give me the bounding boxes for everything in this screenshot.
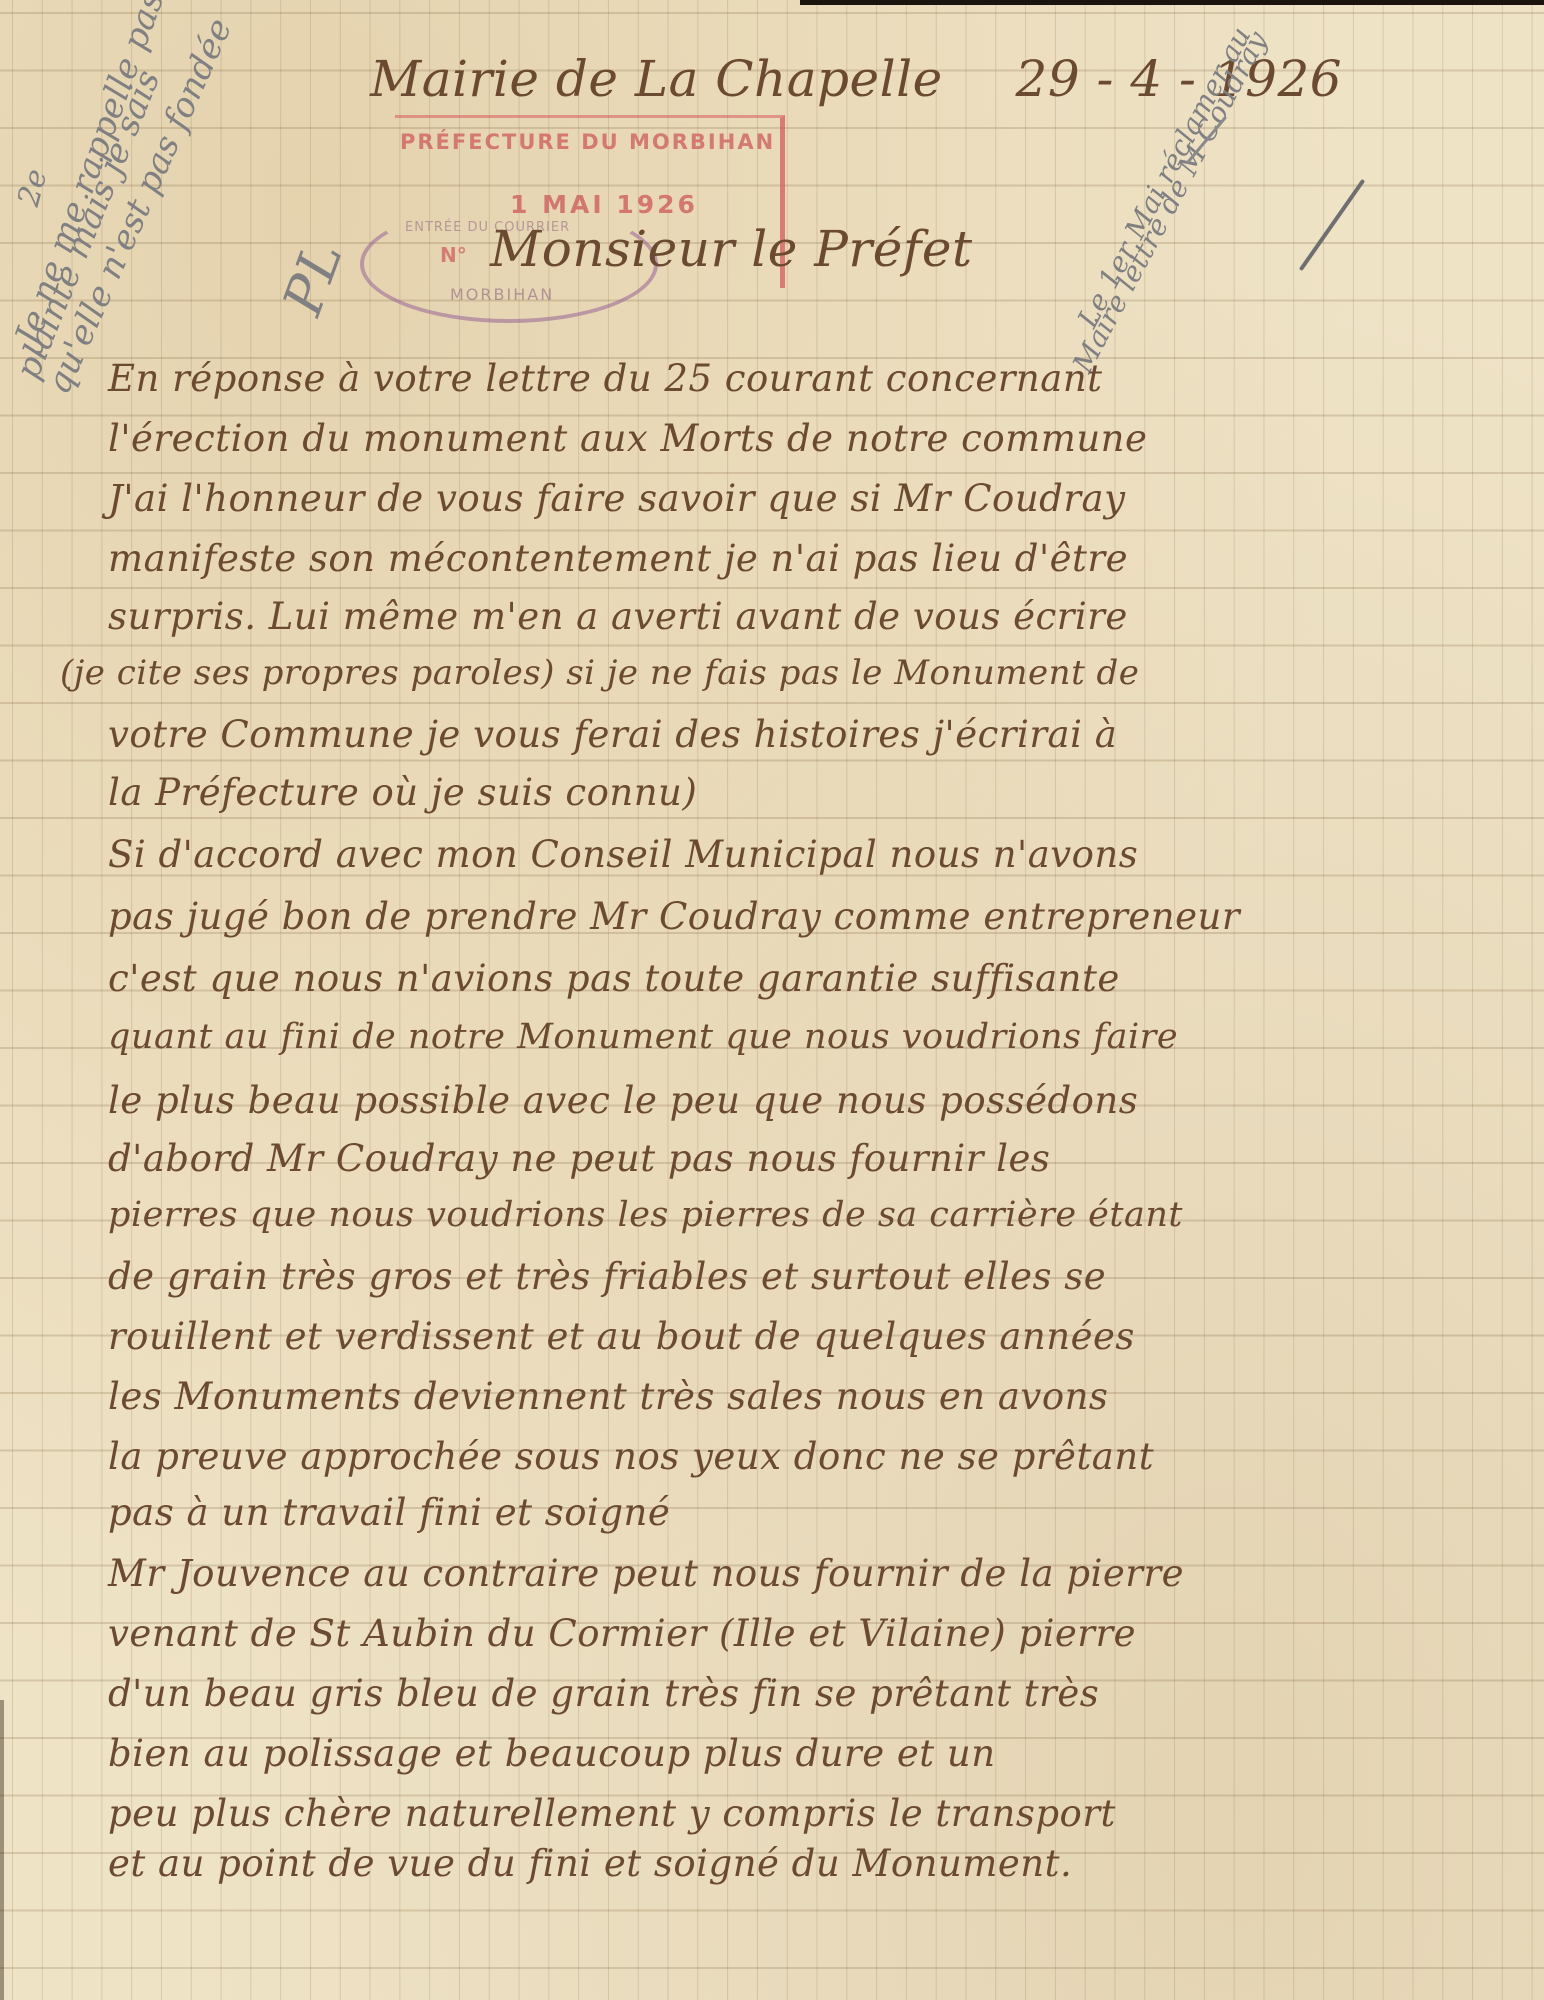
body-line: (je cite ses propres paroles) si je ne f… bbox=[60, 656, 1139, 690]
body-line: la preuve approchée sous nos yeux donc n… bbox=[108, 1438, 1154, 1475]
oval-stamp-bottom-text: MORBIHAN bbox=[450, 285, 554, 304]
body-line: En réponse à votre lettre du 25 courant … bbox=[108, 360, 1103, 397]
scan-top-edge bbox=[800, 0, 1544, 5]
body-line: de grain très gros et très friables et s… bbox=[108, 1258, 1106, 1295]
body-line: Si d'accord avec mon Conseil Municipal n… bbox=[108, 836, 1138, 873]
body-line: Mr Jouvence au contraire peut nous fourn… bbox=[108, 1555, 1184, 1592]
body-line: votre Commune je vous ferai des histoire… bbox=[108, 716, 1117, 753]
body-line: bien au polissage et beaucoup plus dure … bbox=[108, 1735, 996, 1772]
body-line: J'ai l'honneur de vous faire savoir que … bbox=[108, 480, 1125, 517]
body-line: pierres que nous voudrions les pierres d… bbox=[108, 1198, 1183, 1233]
body-line: rouillent et verdissent et au bout de qu… bbox=[108, 1318, 1135, 1355]
body-line: d'abord Mr Coudray ne peut pas nous four… bbox=[108, 1140, 1050, 1177]
body-line: d'un beau gris bleu de grain très fin se… bbox=[108, 1675, 1099, 1712]
body-line: les Monuments deviennent très sales nous… bbox=[108, 1378, 1108, 1415]
body-line: peu plus chère naturellement y compris l… bbox=[108, 1795, 1116, 1832]
prefecture-stamp-title: PRÉFECTURE DU MORBIHAN bbox=[400, 130, 775, 154]
scan-left-edge bbox=[0, 1700, 4, 2000]
body-line: la Préfecture où je suis connu) bbox=[108, 774, 697, 811]
salutation: Monsieur le Préfet bbox=[490, 220, 973, 278]
header-place: Mairie de La Chapelle bbox=[370, 50, 943, 108]
body-line: surpris. Lui même m'en a averti avant de… bbox=[108, 598, 1128, 635]
body-line: venant de St Aubin du Cormier (Ille et V… bbox=[108, 1615, 1136, 1652]
body-line: le plus beau possible avec le peu que no… bbox=[108, 1082, 1138, 1119]
header-date: 29 - 4 - 1926 bbox=[1016, 50, 1343, 108]
body-line: c'est que nous n'avions pas toute garant… bbox=[108, 960, 1120, 997]
body-line: l'érection du monument aux Morts de notr… bbox=[108, 420, 1147, 457]
body-line: pas à un travail fini et soigné bbox=[108, 1494, 670, 1531]
body-line: et au point de vue du fini et soigné du … bbox=[108, 1845, 1072, 1882]
oval-stamp-number: N° bbox=[440, 243, 467, 267]
body-line: quant au fini de notre Monument que nous… bbox=[108, 1020, 1178, 1055]
body-line: pas jugé bon de prendre Mr Coudray comme… bbox=[108, 898, 1240, 935]
body-line: manifeste son mécontentement je n'ai pas… bbox=[108, 540, 1128, 577]
